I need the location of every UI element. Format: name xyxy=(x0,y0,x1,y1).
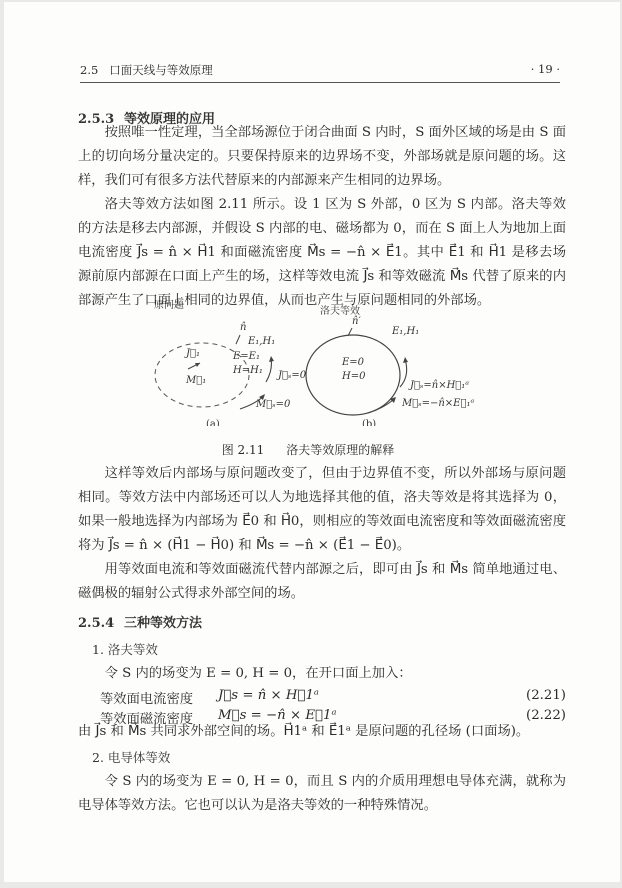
paragraph-uniqueness: 按照唯一性定理，当全部场源位于闭合曲面 S 内时，S 面外区域的场是由 S 面上… xyxy=(78,121,566,193)
svg-text:M⃗ₛ=−n̂×E⃗₁ᵃ: M⃗ₛ=−n̂×E⃗₁ᵃ xyxy=(401,398,474,409)
equation-number: (2.21) xyxy=(526,688,566,703)
figure-2-11: 原问题 J⃗₁ M⃗₁ E=E₁ H=H₁ n̂ E₁,H₁ J⃗ₛ=0 M⃗ₛ… xyxy=(140,296,480,426)
caption-number: 图 2.11 xyxy=(222,443,265,457)
header-section-number: 2.5 xyxy=(80,63,98,77)
header-section: 2.5 口面天线与等效原理 xyxy=(80,62,213,78)
love-equivalence-diagram: 原问题 J⃗₁ M⃗₁ E=E₁ H=H₁ n̂ E₁,H₁ J⃗ₛ=0 M⃗ₛ… xyxy=(140,296,480,426)
equation-label: 等效面电流密度 xyxy=(100,688,193,707)
header-section-title: 口面天线与等效原理 xyxy=(109,63,213,77)
figure-caption: 图 2.11洛夫等效原理的解释 xyxy=(0,441,616,458)
svg-text:E=0: E=0 xyxy=(341,357,365,368)
normal-arrow-a xyxy=(236,335,240,344)
svg-text:M⃗₁: M⃗₁ xyxy=(185,375,206,386)
paragraph-love-method: 洛夫等效方法如图 2.11 所示。设 1 区为 S 外部，0 区为 S 内部。洛… xyxy=(78,193,566,313)
panel-a-title: 原问题 xyxy=(154,298,184,311)
paragraph-radiation: 用等效面电流和等效面磁流代替内部源之后，即可由 J⃗s 和 M⃗s 简单地通过电… xyxy=(78,558,566,606)
equation-expression: J⃗s = n̂ × H⃗1ᵃ xyxy=(218,688,319,703)
section-heading-2-5-4: 2.5.4三种等效方法 xyxy=(78,612,202,631)
panel-b-label: (b) xyxy=(362,419,376,426)
running-header: 2.5 口面天线与等效原理 · 19 · xyxy=(80,60,560,83)
svg-text:J⃗₁: J⃗₁ xyxy=(184,348,200,359)
svg-text:E₁,H₁: E₁,H₁ xyxy=(391,326,419,337)
section-number: 2.5.4 xyxy=(78,616,124,631)
svg-text:H=H₁: H=H₁ xyxy=(232,365,263,376)
svg-text:n̂: n̂ xyxy=(240,322,246,333)
equation-2-21: 等效面电流密度 J⃗s = n̂ × H⃗1ᵃ (2.21) xyxy=(78,688,566,710)
section-title: 三种等效方法 xyxy=(124,616,202,631)
subsection-love: 1. 洛夫等效 xyxy=(92,640,158,658)
svg-text:n̂′: n̂′ xyxy=(352,316,361,327)
svg-text:J⃗ₛ=n̂×H⃗₁ᵃ: J⃗ₛ=n̂×H⃗₁ᵃ xyxy=(408,380,469,391)
svg-text:E₁,H₁: E₁,H₁ xyxy=(247,336,275,347)
love-intro: 令 S 内的场变为 E = 0, H = 0，在开口面上加入： xyxy=(78,662,566,686)
conductor-paragraph: 令 S 内的场变为 E = 0, H = 0，而且 S 内的介质用理想电导体充满… xyxy=(78,770,566,818)
svg-text:M⃗ₛ=0: M⃗ₛ=0 xyxy=(255,399,291,410)
panel-a-label: (a) xyxy=(206,419,220,426)
subsection-conductor: 2. 电导体等效 xyxy=(92,748,170,766)
svg-text:E=E₁: E=E₁ xyxy=(232,351,260,362)
svg-text:J⃗ₛ=0: J⃗ₛ=0 xyxy=(276,370,307,381)
paragraph-after-figure: 这样等效后内部场与原问题改变了，但由于边界值不变，所以外部场与原问题相同。等效方… xyxy=(78,462,566,558)
page-number: · 19 · xyxy=(531,62,560,76)
svg-text:H=0: H=0 xyxy=(341,371,366,382)
caption-text: 洛夫等效原理的解释 xyxy=(286,443,394,457)
love-conclusion: 由 J⃗s 和 M⃗s 共同求外部空间的场。H⃗1ᵃ 和 E⃗1ᵃ 是原问题的孔… xyxy=(78,720,566,744)
